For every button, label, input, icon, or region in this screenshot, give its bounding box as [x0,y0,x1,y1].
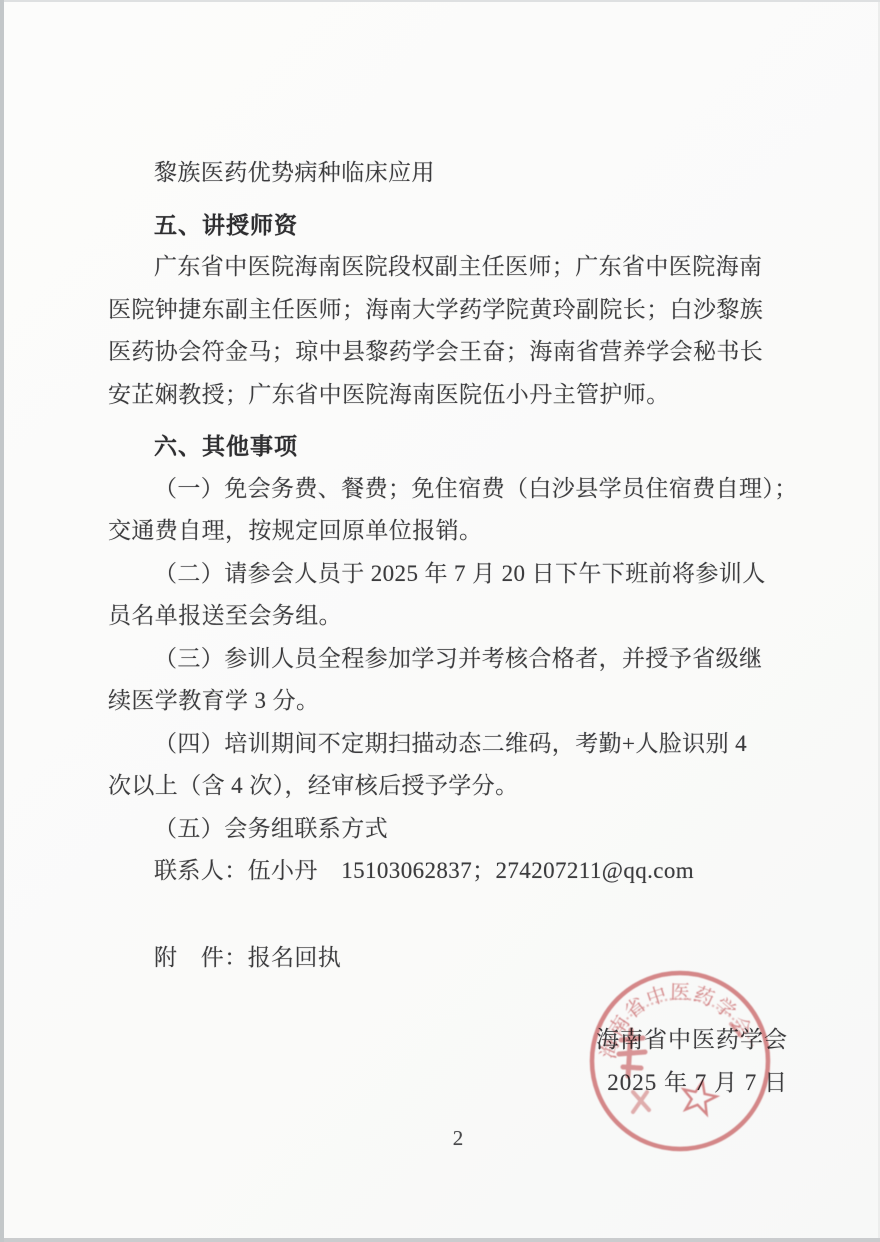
document-body: 黎族医药优势病种临床应用 五、讲授师资 广东省中医院海南医院段权副主任医师；广东… [108,152,788,1104]
contact-line: 联系人：伍小丹 15103062837；274207211@qq.com [108,850,788,893]
doc-line: （五）会务组联系方式 [108,808,788,851]
doc-line: 医院钟捷东副主任医师；海南大学药学院黄玲副院长；白沙黎族 [108,289,788,332]
signature-org: 海南省中医药学会 [108,1019,788,1062]
doc-line: 医药协会符金马；琼中县黎药学会王奋；海南省营养学会秘书长 [108,331,788,374]
attachment-line: 附 件：报名回执 [108,937,788,980]
doc-line: （二）请参会人员于 2025 年 7 月 20 日下午下班前将参训人 [108,553,788,596]
section-heading-6: 六、其他事项 [108,425,788,468]
doc-line: 交通费自理，按规定回原单位报销。 [108,510,788,553]
doc-line: （四）培训期间不定期扫描动态二维码，考勤+人脸识别 4 [108,723,788,766]
doc-line: （三）参训人员全程参加学习并考核合格者，并授予省级继 [108,638,788,681]
section-heading-5: 五、讲授师资 [108,204,788,247]
doc-line: 黎族医药优势病种临床应用 [108,152,788,195]
doc-line: 安芷娴教授；广东省中医院海南医院伍小丹主管护师。 [108,374,788,417]
document-page: 黎族医药优势病种临床应用 五、讲授师资 广东省中医院海南医院段权副主任医师；广东… [0,0,880,1242]
doc-line: 广东省中医院海南医院段权副主任医师；广东省中医院海南 [108,246,788,289]
page-number: 2 [0,1126,880,1151]
doc-line: 次以上（含 4 次），经审核后授予学分。 [108,765,788,808]
doc-line: 员名单报送至会务组。 [108,595,788,638]
signature-date: 2025 年 7 月 7 日 [108,1062,788,1105]
doc-line: 续医学教育学 3 分。 [108,680,788,723]
doc-line: （一）免会务费、餐费；免住宿费（白沙县学员住宿费自理）； [108,468,788,511]
